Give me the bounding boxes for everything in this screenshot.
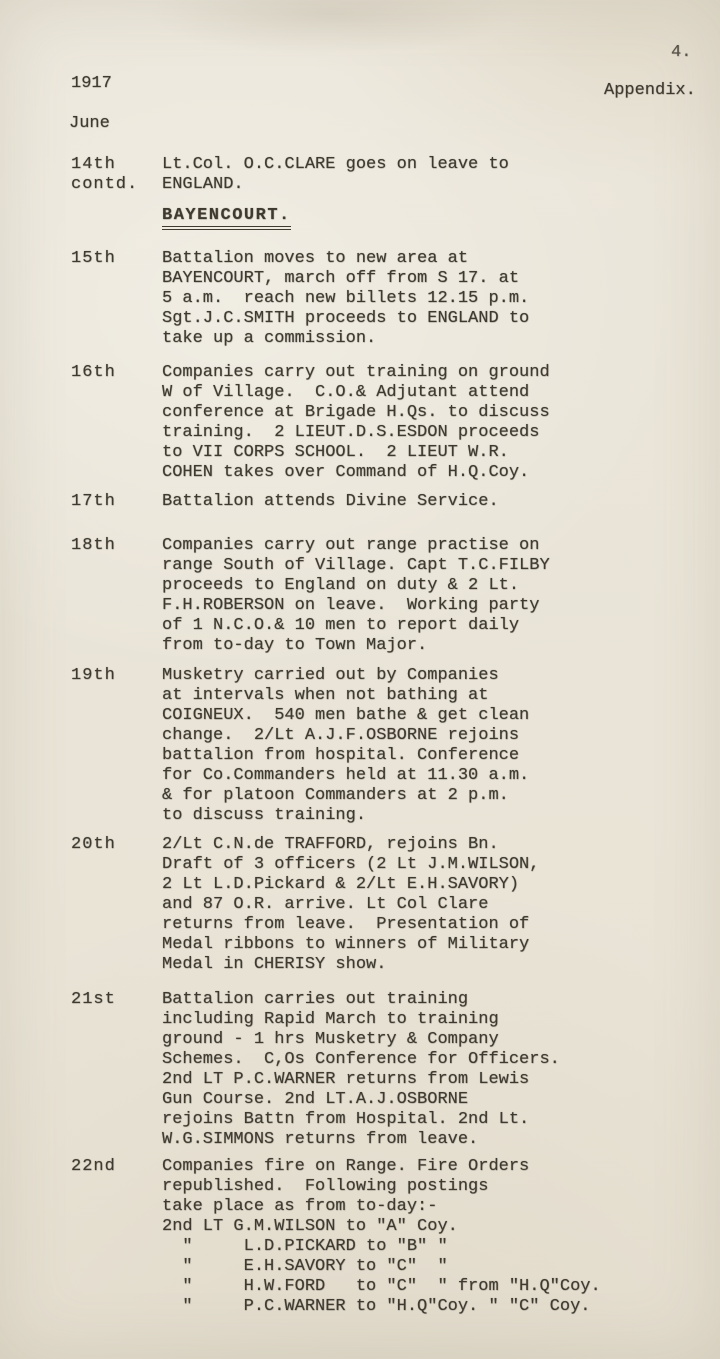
entry-date: 16th bbox=[71, 363, 116, 383]
section-heading-bayencourt: BAYENCOURT. bbox=[162, 206, 291, 230]
entry-text: Musketry carried out by Companies at int… bbox=[162, 666, 529, 826]
war-diary-page: 4. 1917 Appendix. June 14th contd. Lt.Co… bbox=[0, 0, 720, 1359]
entry-date: 21st bbox=[71, 990, 116, 1010]
entry-date: 20th bbox=[71, 835, 116, 855]
entry-date: 15th bbox=[71, 249, 116, 269]
page-number: 4. bbox=[671, 43, 691, 63]
entry-text: Companies carry out range practise on ra… bbox=[162, 536, 550, 656]
entry-text: Lt.Col. O.C.CLARE goes on leave to ENGLA… bbox=[162, 155, 509, 195]
entry-text: 2/Lt C.N.de TRAFFORD, rejoins Bn. Draft … bbox=[162, 835, 539, 975]
appendix-label: Appendix. bbox=[604, 81, 696, 101]
entry-text: Battalion attends Divine Service. bbox=[162, 492, 499, 512]
entry-date: 18th bbox=[71, 536, 116, 556]
month-label: June bbox=[69, 114, 110, 134]
entry-date: 19th bbox=[71, 666, 116, 686]
entry-date: 14th contd. bbox=[71, 155, 138, 195]
entry-date: 22nd bbox=[71, 1157, 116, 1177]
entry-text: Companies fire on Range. Fire Orders rep… bbox=[162, 1157, 601, 1317]
entry-text: Companies carry out training on ground W… bbox=[162, 363, 550, 483]
entry-date: 17th bbox=[71, 492, 116, 512]
entry-text: Battalion moves to new area at BAYENCOUR… bbox=[162, 249, 529, 349]
entry-text: Battalion carries out training including… bbox=[162, 990, 560, 1150]
year-label: 1917 bbox=[71, 74, 112, 94]
